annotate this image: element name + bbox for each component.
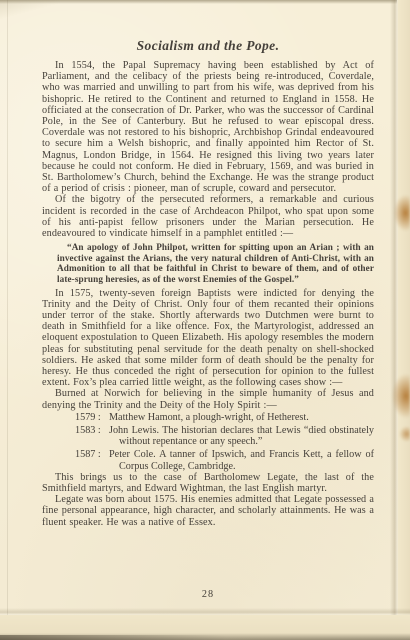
case-year: 1579 :: [75, 412, 109, 423]
martyr-case-1583: 1583 : John Lewis. The historian declare…: [75, 425, 374, 448]
pamphlet-quote: “An apology of John Philpot, written for…: [57, 242, 374, 284]
foxing-spot: [399, 426, 410, 442]
martyr-case-1587: 1587 : Peter Cole. A tanner of Ipswich, …: [75, 449, 374, 472]
foxing-spot: [394, 195, 410, 231]
book-page-scan: Socialism and the Pope. In 1554, the Pap…: [0, 0, 410, 640]
left-page-edge-line: [7, 0, 8, 640]
bottom-fold-crease: [0, 608, 410, 615]
paragraph-philpot: Of the bigotry of the persecuted reforme…: [42, 194, 374, 239]
foxing-spot: [392, 374, 410, 418]
case-year: 1587 :: [75, 449, 109, 472]
top-edge-shadow: [0, 0, 410, 4]
bottom-left-edge-shadow: [0, 635, 226, 640]
case-text: Peter Cole. A tanner of Ipswich, and Fra…: [109, 449, 374, 472]
right-page-strip: [397, 0, 410, 640]
paragraph-baptists: In 1575, twenty-seven foreign Baptists w…: [42, 288, 374, 389]
martyr-case-1579: 1579 : Matthew Hamont, a plough-wright, …: [75, 412, 374, 423]
case-text: Matthew Hamont, a plough-wright, of Heth…: [109, 412, 374, 423]
case-text: John Lewis. The historian declares that …: [109, 425, 374, 448]
page-number: 28: [42, 589, 374, 600]
top-left-corner-crease: [0, 0, 60, 20]
case-year: 1583 :: [75, 425, 109, 448]
paragraph-coverdale: In 1554, the Papal Supremacy having been…: [42, 60, 374, 194]
paragraph-legate-intro: This brings us to the case of Bartholome…: [42, 472, 374, 494]
paragraph-burned-at-norwich: Burned at Norwich for believing in the s…: [42, 388, 374, 410]
right-fold-crease: [390, 0, 398, 640]
paragraph-legate-bio: Legate was born about 1575. His enemies …: [42, 494, 374, 528]
page-text-block: Socialism and the Pope. In 1554, the Pap…: [42, 38, 374, 528]
page-title: Socialism and the Pope.: [42, 38, 374, 53]
